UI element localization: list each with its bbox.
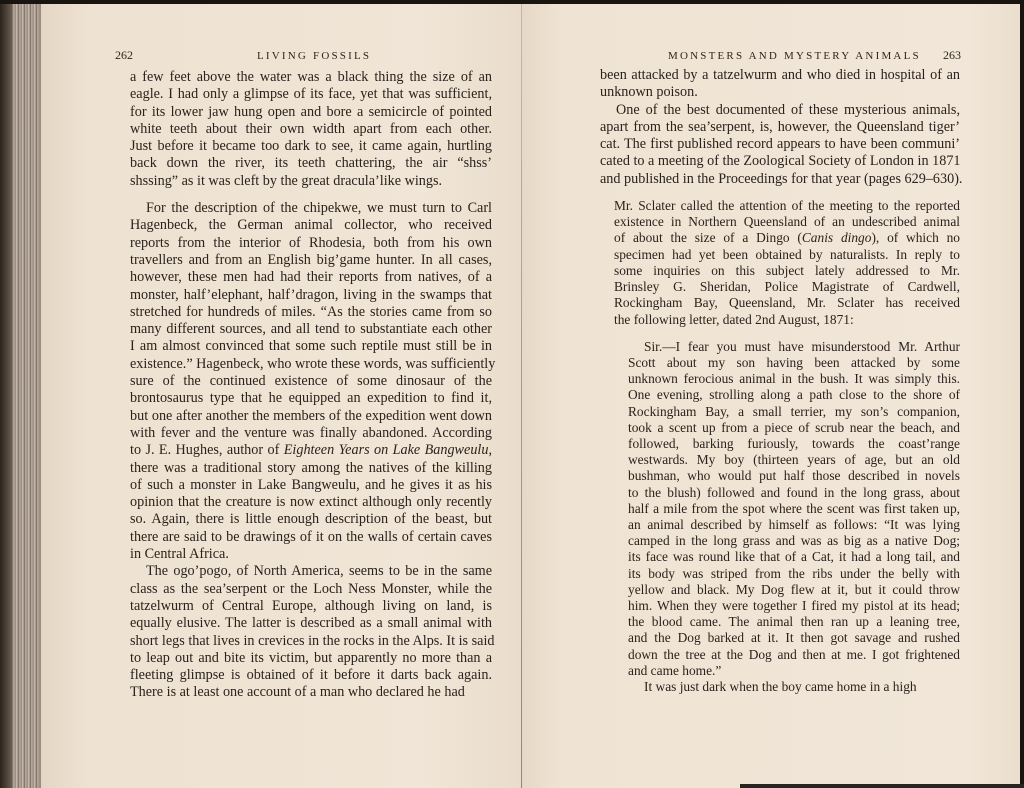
text-line: cat. The first published record appears … bbox=[600, 136, 960, 153]
text-line: with fever and the venture was finally a… bbox=[130, 425, 492, 442]
text-line: Brinsley G. Sheridan, Police Magistrate … bbox=[614, 279, 960, 295]
text-line: One evening, strolling along a path clos… bbox=[628, 387, 960, 403]
text-line: reports from the interior of Rhodesia, b… bbox=[130, 235, 492, 252]
left-page-body: a few feet above the water was a black t… bbox=[130, 69, 492, 702]
text-line: sure of the continued existence of some … bbox=[130, 373, 492, 390]
text-line: down the tree at the Dog and then at me.… bbox=[628, 647, 960, 663]
paragraph-gap bbox=[614, 328, 960, 339]
text-line: fleeting glimpse is obtained of it befor… bbox=[130, 667, 492, 684]
text-line: specimen had yet been obtained by natura… bbox=[614, 247, 960, 263]
paragraph: One of the best documented of these myst… bbox=[600, 102, 960, 188]
text-line: been attacked by a tatzelwurm and who di… bbox=[600, 67, 960, 84]
open-book-scan: 262 LIVING FOSSILS a few feet above the … bbox=[0, 0, 1024, 788]
right-page-body: been attacked by a tatzelwurm and who di… bbox=[600, 67, 960, 695]
paragraph: been attacked by a tatzelwurm and who di… bbox=[600, 67, 960, 102]
quoted-letter-block: Sir.—I fear you must have misunderstood … bbox=[628, 339, 960, 695]
text-line: Rockingham Bay, a small terrier, my son’… bbox=[628, 404, 960, 420]
right-running-head: MONSTERS AND MYSTERY ANIMALS bbox=[668, 50, 921, 62]
left-running-head: LIVING FOSSILS bbox=[257, 50, 371, 62]
text-line: took a scent up from a piece of scrub ne… bbox=[628, 420, 960, 436]
text-line: bushman, who would put half those descri… bbox=[628, 468, 960, 484]
text-line: its body was striped from the ribs under… bbox=[628, 566, 960, 582]
text-line: some inquiries on this subject lately ad… bbox=[614, 263, 960, 279]
text-line: and came home.” bbox=[628, 663, 960, 679]
text-line: to J. E. Hughes, author of Eighteen Year… bbox=[130, 442, 492, 459]
paragraph: It was just dark when the boy came home … bbox=[628, 679, 960, 695]
text-line: for its lower jaw hung open and bore a s… bbox=[130, 104, 492, 121]
text-line: It was just dark when the boy came home … bbox=[628, 679, 960, 695]
text-line: there are said to be drawings of it on t… bbox=[130, 529, 492, 546]
text-line: so. Again, there is little enough descri… bbox=[130, 511, 492, 528]
paragraph: The ogo’pogo, of North America, seems to… bbox=[130, 563, 492, 701]
text-line: For the description of the chipekwe, we … bbox=[130, 200, 492, 217]
text-line: white teeth about their own width apart … bbox=[130, 121, 492, 138]
text-line: however, these men had had their reports… bbox=[130, 269, 492, 286]
text-line: cated to a meeting of the Zoological Soc… bbox=[600, 153, 960, 170]
text-line: many different sources, and all tend to … bbox=[130, 321, 492, 338]
text-line: eagle. I had only a glimpse of its face,… bbox=[130, 86, 492, 103]
text-line: Sir.—I fear you must have misunderstood … bbox=[628, 339, 960, 355]
paragraph: For the description of the chipekwe, we … bbox=[130, 200, 492, 563]
left-page-number: 262 bbox=[115, 48, 133, 63]
text-line: monster, half’elephant, half’dragon, liv… bbox=[130, 287, 492, 304]
text-line: its face was round like that of a Cat, i… bbox=[628, 549, 960, 565]
text-line: equally elusive. The latter is described… bbox=[130, 615, 492, 632]
text-line: to the blush) followed and found in the … bbox=[628, 485, 960, 501]
text-line: unknown poison. bbox=[600, 84, 960, 101]
text-line: tatzelwurm of Central Europe, although l… bbox=[130, 598, 492, 615]
text-line: existence.” Hagenbeck, who wrote these w… bbox=[130, 356, 492, 373]
text-line: One of the best documented of these myst… bbox=[600, 102, 960, 119]
text-line: Mr. Sclater called the attention of the … bbox=[614, 198, 960, 214]
text-line: of about the size of a Dingo (Canis ding… bbox=[614, 230, 960, 246]
text-line: Rockingham Bay, Queensland, Mr. Sclater … bbox=[614, 295, 960, 311]
text-line: him. When they were together I fired my … bbox=[628, 598, 960, 614]
text-line: the following letter, dated 2nd August, … bbox=[614, 312, 960, 328]
text-line: of such a monster in Lake Bangweulu, and… bbox=[130, 477, 492, 494]
book-bottom-edge bbox=[740, 784, 1024, 788]
text-line: in Central Africa. bbox=[130, 546, 492, 563]
text-line: Just before it became too dark to see, i… bbox=[130, 138, 492, 155]
text-line: back down the river, its teeth chatterin… bbox=[130, 155, 492, 172]
text-line: brontosaurus type that he equipped an ex… bbox=[130, 390, 492, 407]
book-page-edges bbox=[0, 4, 40, 788]
text-line: Scott about my son having been attacked … bbox=[628, 355, 960, 371]
text-line: short legs that lives in crevices in the… bbox=[130, 633, 492, 650]
text-line: I am almost convinced that some such rep… bbox=[130, 338, 492, 355]
text-line: Hagenbeck, the German animal collector, … bbox=[130, 217, 492, 234]
text-line: yellow and black. My Dog flew at it, but… bbox=[628, 582, 960, 598]
text-line: an animal described by himself as follow… bbox=[628, 517, 960, 533]
right-page: MONSTERS AND MYSTERY ANIMALS 263 been at… bbox=[522, 4, 1020, 788]
text-line: travellers and from an English big’game … bbox=[130, 252, 492, 269]
quoted-paragraph: Mr. Sclater called the attention of the … bbox=[614, 198, 960, 328]
text-line: the blood came. The animal then ran up a… bbox=[628, 614, 960, 630]
text-line: apart from the sea’serpent, is, however,… bbox=[600, 119, 960, 136]
text-line: a few feet above the water was a black t… bbox=[130, 69, 492, 86]
text-line: class as the sea’serpent or the Loch Nes… bbox=[130, 581, 492, 598]
paragraph-gap bbox=[130, 190, 492, 200]
text-line: There is at least one account of a man w… bbox=[130, 684, 492, 701]
text-line: unknown ferocious animal in the bush. It… bbox=[628, 371, 960, 387]
paragraph: a few feet above the water was a black t… bbox=[130, 69, 492, 190]
left-page: 262 LIVING FOSSILS a few feet above the … bbox=[40, 4, 523, 788]
text-line: followed, barking furiously, towards the… bbox=[628, 436, 960, 452]
text-line: westwards. My boy (thirteen years of age… bbox=[628, 452, 960, 468]
text-line: opinion that the creature is now extinct… bbox=[130, 494, 492, 511]
text-line: camped in the long grass and was as big … bbox=[628, 533, 960, 549]
text-line: The ogo’pogo, of North America, seems to… bbox=[130, 563, 492, 580]
letter-paragraph: Sir.—I fear you must have misunderstood … bbox=[628, 339, 960, 679]
text-line: and the Dog barked at it. It then got sa… bbox=[628, 630, 960, 646]
text-line: existence in Northern Queensland of an u… bbox=[614, 214, 960, 230]
text-line: there was a traditional story among the … bbox=[130, 460, 492, 477]
paragraph-gap bbox=[600, 188, 960, 198]
right-page-number: 263 bbox=[943, 48, 961, 63]
text-line: and published in the Proceedings for tha… bbox=[600, 171, 960, 188]
quoted-proceedings-block: Mr. Sclater called the attention of the … bbox=[614, 198, 960, 695]
text-line: stretched for hundreds of miles. “As the… bbox=[130, 304, 492, 321]
text-line: half a mile from the spot where the scen… bbox=[628, 501, 960, 517]
text-line: but one after another the members of the… bbox=[130, 408, 492, 425]
text-line: shssing” as it was cleft by the great dr… bbox=[130, 173, 492, 190]
text-line: to leap out and bite its victim, but app… bbox=[130, 650, 492, 667]
